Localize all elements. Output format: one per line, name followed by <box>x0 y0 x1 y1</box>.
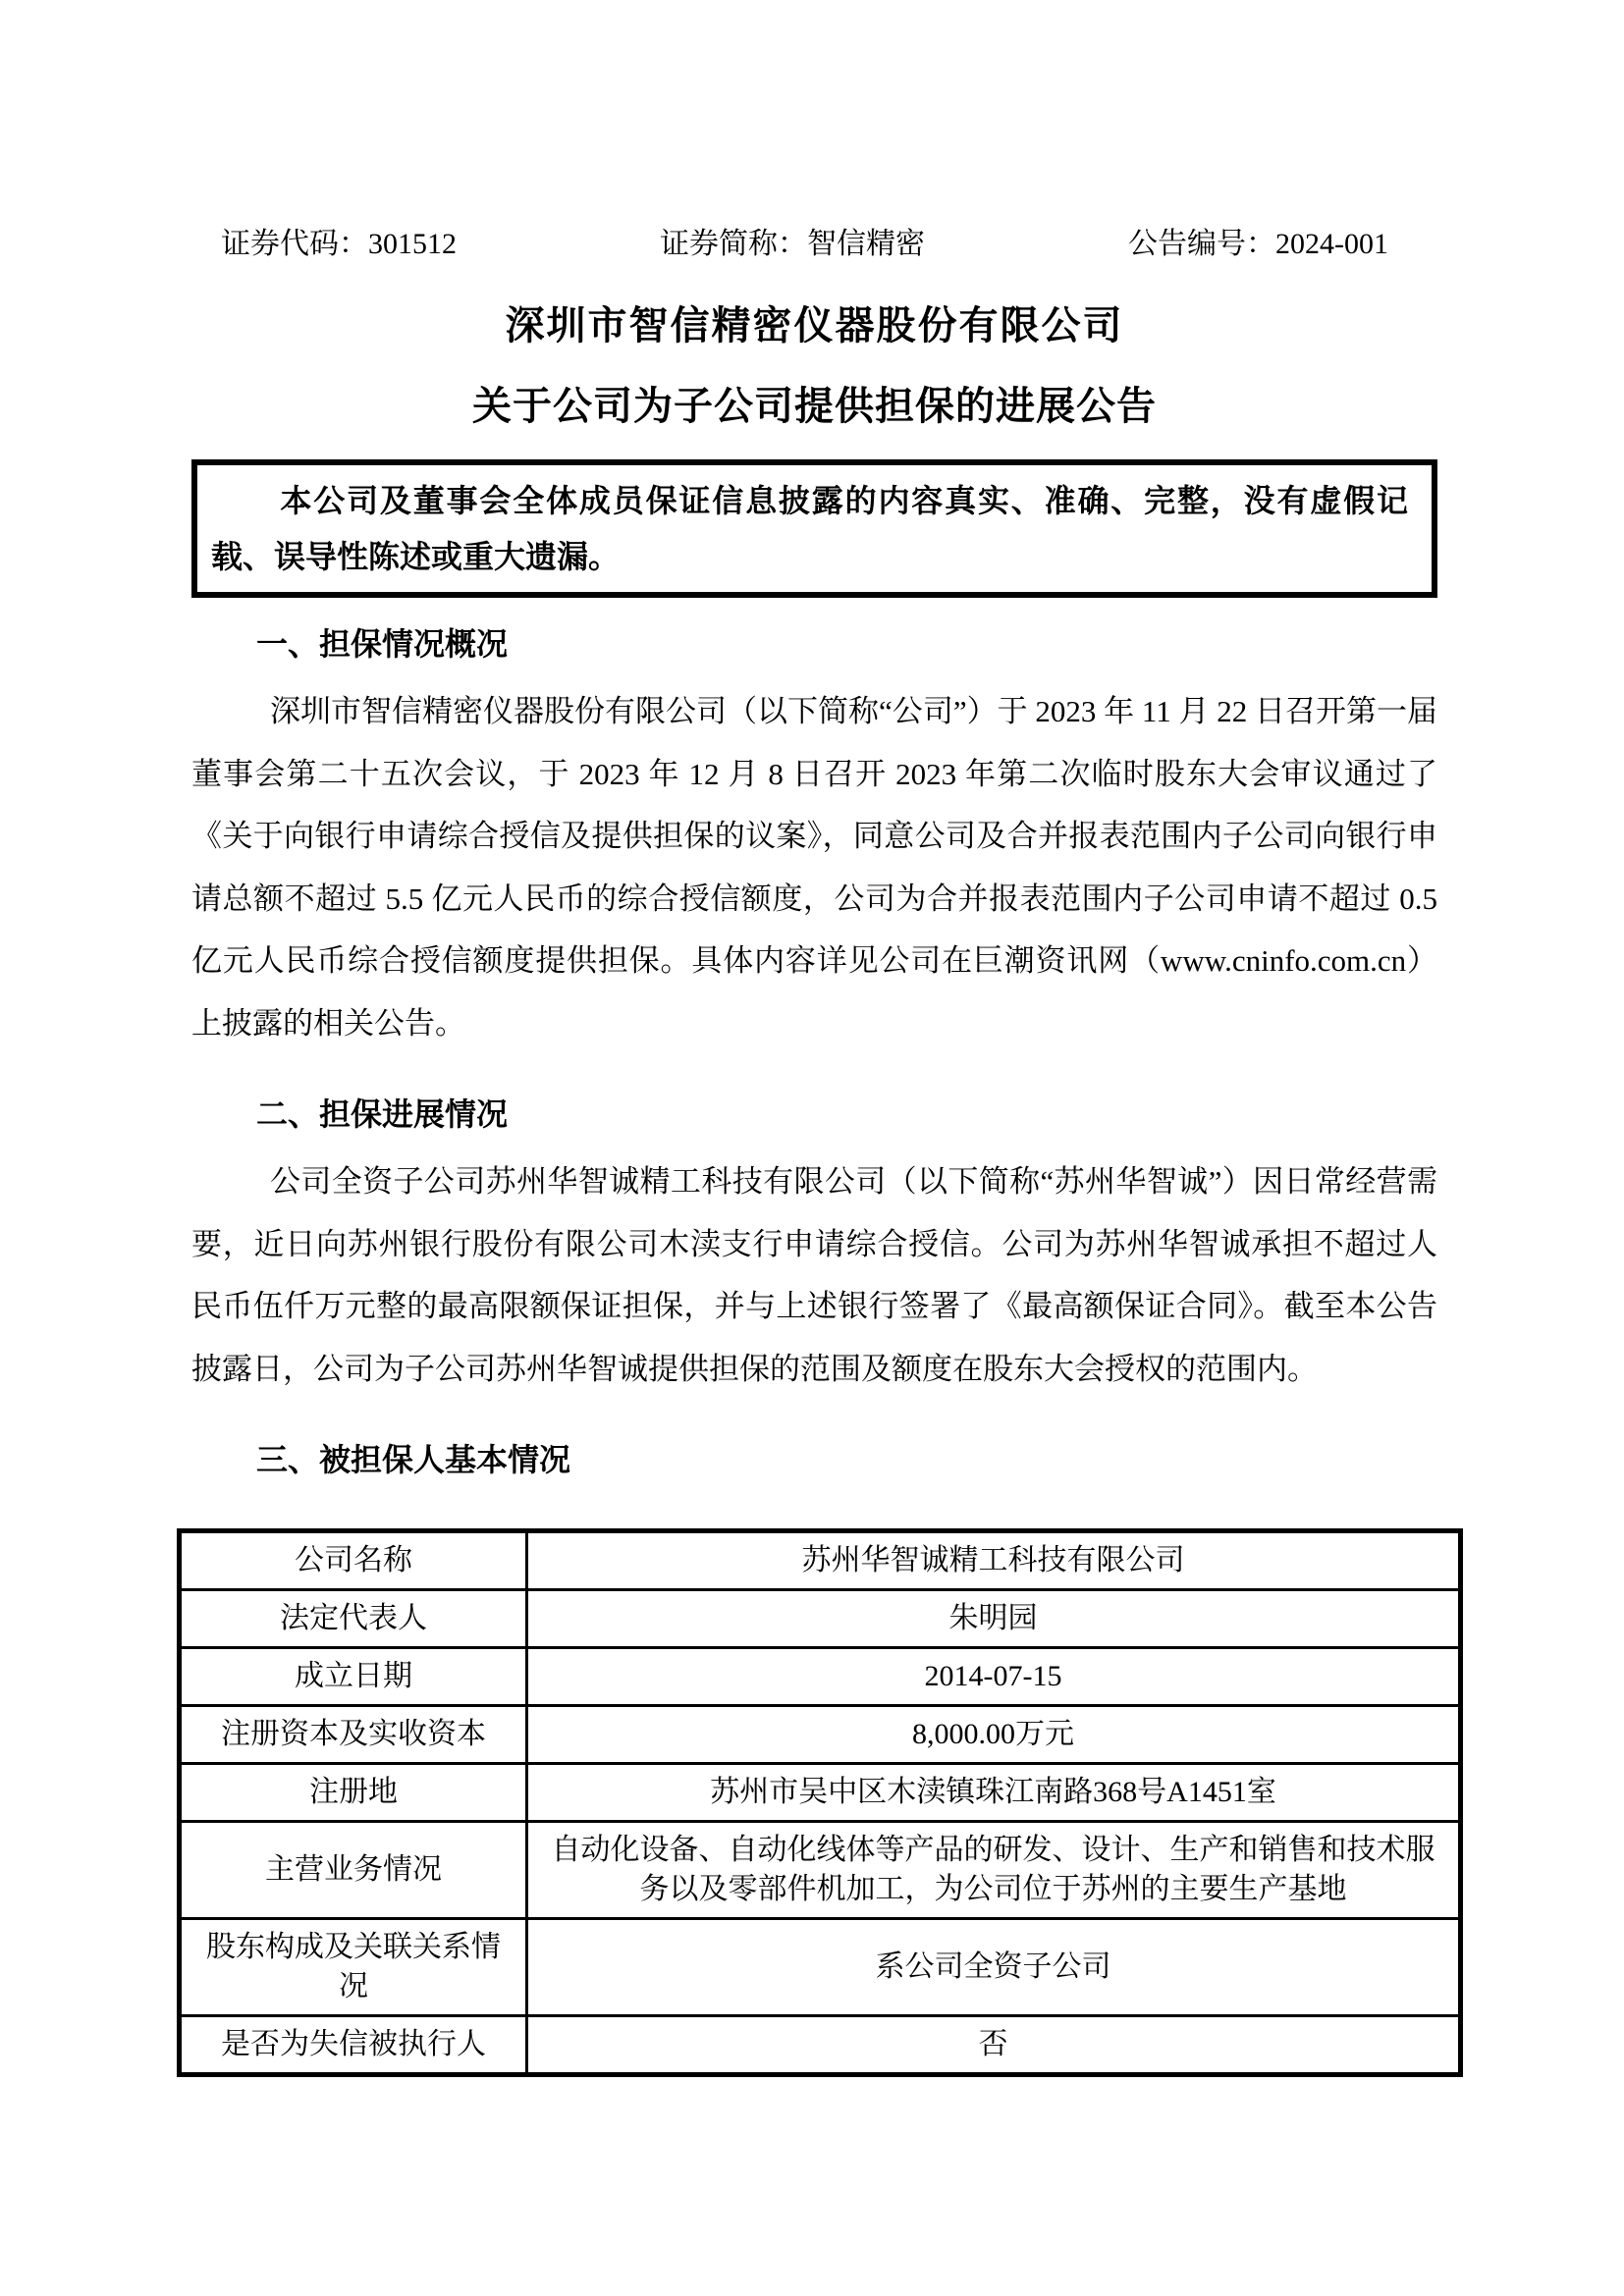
announcement-number: 公告编号：2024-001 <box>1128 229 1388 260</box>
row-label: 主营业务情况 <box>180 1822 527 1919</box>
row-label: 股东构成及关联关系情况 <box>180 1919 527 2016</box>
row-label: 法定代表人 <box>180 1590 527 1648</box>
table-row-company-name: 公司名称 苏州华智诚精工科技有限公司 <box>180 1531 1461 1590</box>
row-label: 注册地 <box>180 1764 527 1822</box>
row-label: 公司名称 <box>180 1531 527 1590</box>
row-value: 系公司全资子公司 <box>527 1919 1461 2016</box>
table-row-shareholder-structure: 股东构成及关联关系情况 系公司全资子公司 <box>180 1919 1461 2016</box>
table-row-registered-address: 注册地 苏州市吴中区木渎镇珠江南路368号A1451室 <box>180 1764 1461 1822</box>
row-label: 成立日期 <box>180 1648 527 1706</box>
disclaimer-box: 本公司及董事会全体成员保证信息披露的内容真实、准确、完整，没有虚假记载、误导性陈… <box>191 459 1437 598</box>
company-title: 深圳市智信精密仪器股份有限公司 <box>191 306 1437 346</box>
row-value: 自动化设备、自动化线体等产品的研发、设计、生产和销售和技术服务以及零部件机加工，… <box>527 1822 1461 1919</box>
guarantee-target-table: 公司名称 苏州华智诚精工科技有限公司 法定代表人 朱明园 成立日期 2014-0… <box>177 1528 1463 2077</box>
table-row-establishment-date: 成立日期 2014-07-15 <box>180 1648 1461 1706</box>
document-content: 证券代码：301512 证券简称：智信精密 公告编号：2024-001 深圳市智… <box>0 0 1624 2077</box>
doc-header: 证券代码：301512 证券简称：智信精密 公告编号：2024-001 <box>191 229 1437 260</box>
section-3-heading: 三、被担保人基本情况 <box>191 1443 1437 1476</box>
table-row-main-business: 主营业务情况 自动化设备、自动化线体等产品的研发、设计、生产和销售和技术服务以及… <box>180 1822 1461 1919</box>
section-2-paragraph: 公司全资子公司苏州华智诚精工科技有限公司（以下简称“苏州华智诚”）因日常经营需要… <box>191 1150 1437 1400</box>
section-1-paragraph: 深圳市智信精密仪器股份有限公司（以下简称“公司”）于 2023 年 11 月 2… <box>191 680 1437 1054</box>
row-value: 苏州市吴中区木渎镇珠江南路368号A1451室 <box>527 1764 1461 1822</box>
section-1-heading: 一、担保情况概况 <box>191 627 1437 661</box>
row-value: 2014-07-15 <box>527 1648 1461 1706</box>
announcement-document: 证券代码：301512 证券简称：智信精密 公告编号：2024-001 深圳市智… <box>0 0 1624 2296</box>
table-row-registered-capital: 注册资本及实收资本 8,000.00万元 <box>180 1706 1461 1764</box>
row-value: 苏州华智诚精工科技有限公司 <box>527 1531 1461 1590</box>
row-label: 注册资本及实收资本 <box>180 1706 527 1764</box>
guarantee-target-table-body: 公司名称 苏州华智诚精工科技有限公司 法定代表人 朱明园 成立日期 2014-0… <box>180 1531 1461 2075</box>
stock-code: 证券代码：301512 <box>221 229 457 260</box>
announcement-title: 关于公司为子公司提供担保的进展公告 <box>191 387 1437 426</box>
section-2-heading: 二、担保进展情况 <box>191 1097 1437 1131</box>
table-row-dishonest-executee: 是否为失信被执行人 否 <box>180 2016 1461 2075</box>
row-label: 是否为失信被执行人 <box>180 2016 527 2075</box>
row-value: 朱明园 <box>527 1590 1461 1648</box>
table-row-legal-representative: 法定代表人 朱明园 <box>180 1590 1461 1648</box>
disclaimer-text: 本公司及董事会全体成员保证信息披露的内容真实、准确、完整，没有虚假记载、误导性陈… <box>211 473 1408 585</box>
stock-short-name: 证券简称：智信精密 <box>660 229 925 260</box>
row-value: 否 <box>527 2016 1461 2075</box>
row-value: 8,000.00万元 <box>527 1706 1461 1764</box>
